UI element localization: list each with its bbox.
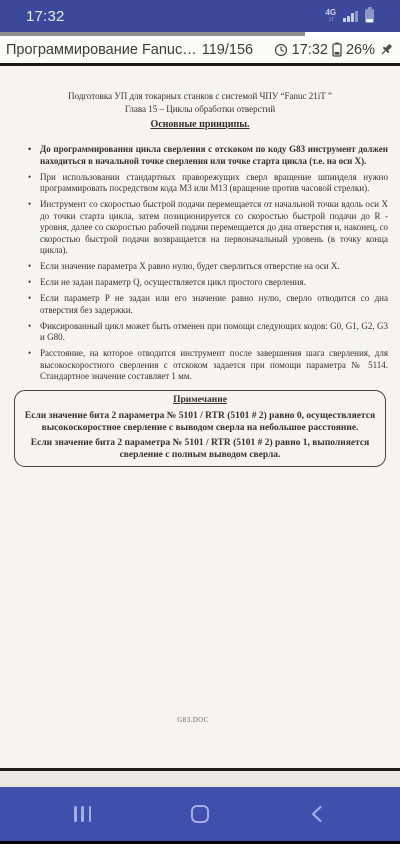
list-item: Если параметр P не задан или его значени… [40, 293, 388, 316]
list-item: Инструмент со скоростью быстрой подачи п… [40, 199, 388, 257]
back-button[interactable] [308, 802, 326, 826]
note-title: Примечание [23, 394, 377, 407]
app-bar-time: 17:32 [292, 42, 328, 58]
back-icon [308, 804, 326, 824]
list-item: Если не задан параметр Q, осуществляется… [40, 277, 388, 289]
recents-icon [74, 806, 91, 822]
mobile-network-4g-icon: 4G ↓↑ [325, 9, 336, 23]
status-time: 17:32 [26, 8, 65, 25]
doc-section-title: Основные принципы. [0, 118, 400, 131]
note-paragraph: Если значение бита 2 параметра № 5101 / … [23, 410, 377, 434]
note-paragraph: Если значение бита 2 параметра № 5101 / … [23, 437, 377, 461]
list-item: Фиксированный цикл может быть отменен пр… [40, 321, 388, 344]
battery-icon [365, 9, 374, 23]
status-bar: 17:32 4G ↓↑ [0, 0, 400, 32]
signal-strength-icon [343, 10, 358, 22]
status-icons: 4G ↓↑ [325, 9, 374, 23]
document-page[interactable]: Подготовка УП для токарных станков с сис… [0, 66, 400, 771]
list-item: Если значение параметра X равно нулю, бу… [40, 261, 388, 273]
page-indicator: 119/156 [202, 42, 253, 58]
list-item: До программирования цикла сверления с от… [40, 144, 388, 167]
list-item: Расстояние, на которое отводится инструм… [40, 348, 388, 383]
android-nav-bar [0, 787, 400, 841]
doc-filename: G83.DOC [0, 716, 386, 724]
pin-icon[interactable] [379, 42, 394, 57]
principles-list: До программирования цикла сверления с от… [0, 144, 400, 383]
doc-header-line1: Подготовка УП для токарных станков с сис… [0, 90, 400, 103]
book-title: Программирование Fanuc… [6, 42, 197, 58]
reader-app-bar: Программирование Fanuc… 119/156 17:32 26… [0, 36, 400, 63]
home-icon [191, 805, 209, 823]
recents-button[interactable] [74, 802, 91, 826]
battery-icon [332, 42, 342, 57]
list-item: При использовании стандартных праворежущ… [40, 172, 388, 195]
page-margin-strip [0, 771, 400, 787]
clock-icon [274, 43, 288, 57]
battery-percent: 26% [346, 42, 375, 58]
home-button[interactable] [191, 802, 209, 826]
doc-header-line2: Глава 15 – Циклы обработки отверстий [0, 103, 400, 116]
note-box: Примечание Если значение бита 2 параметр… [14, 390, 386, 467]
